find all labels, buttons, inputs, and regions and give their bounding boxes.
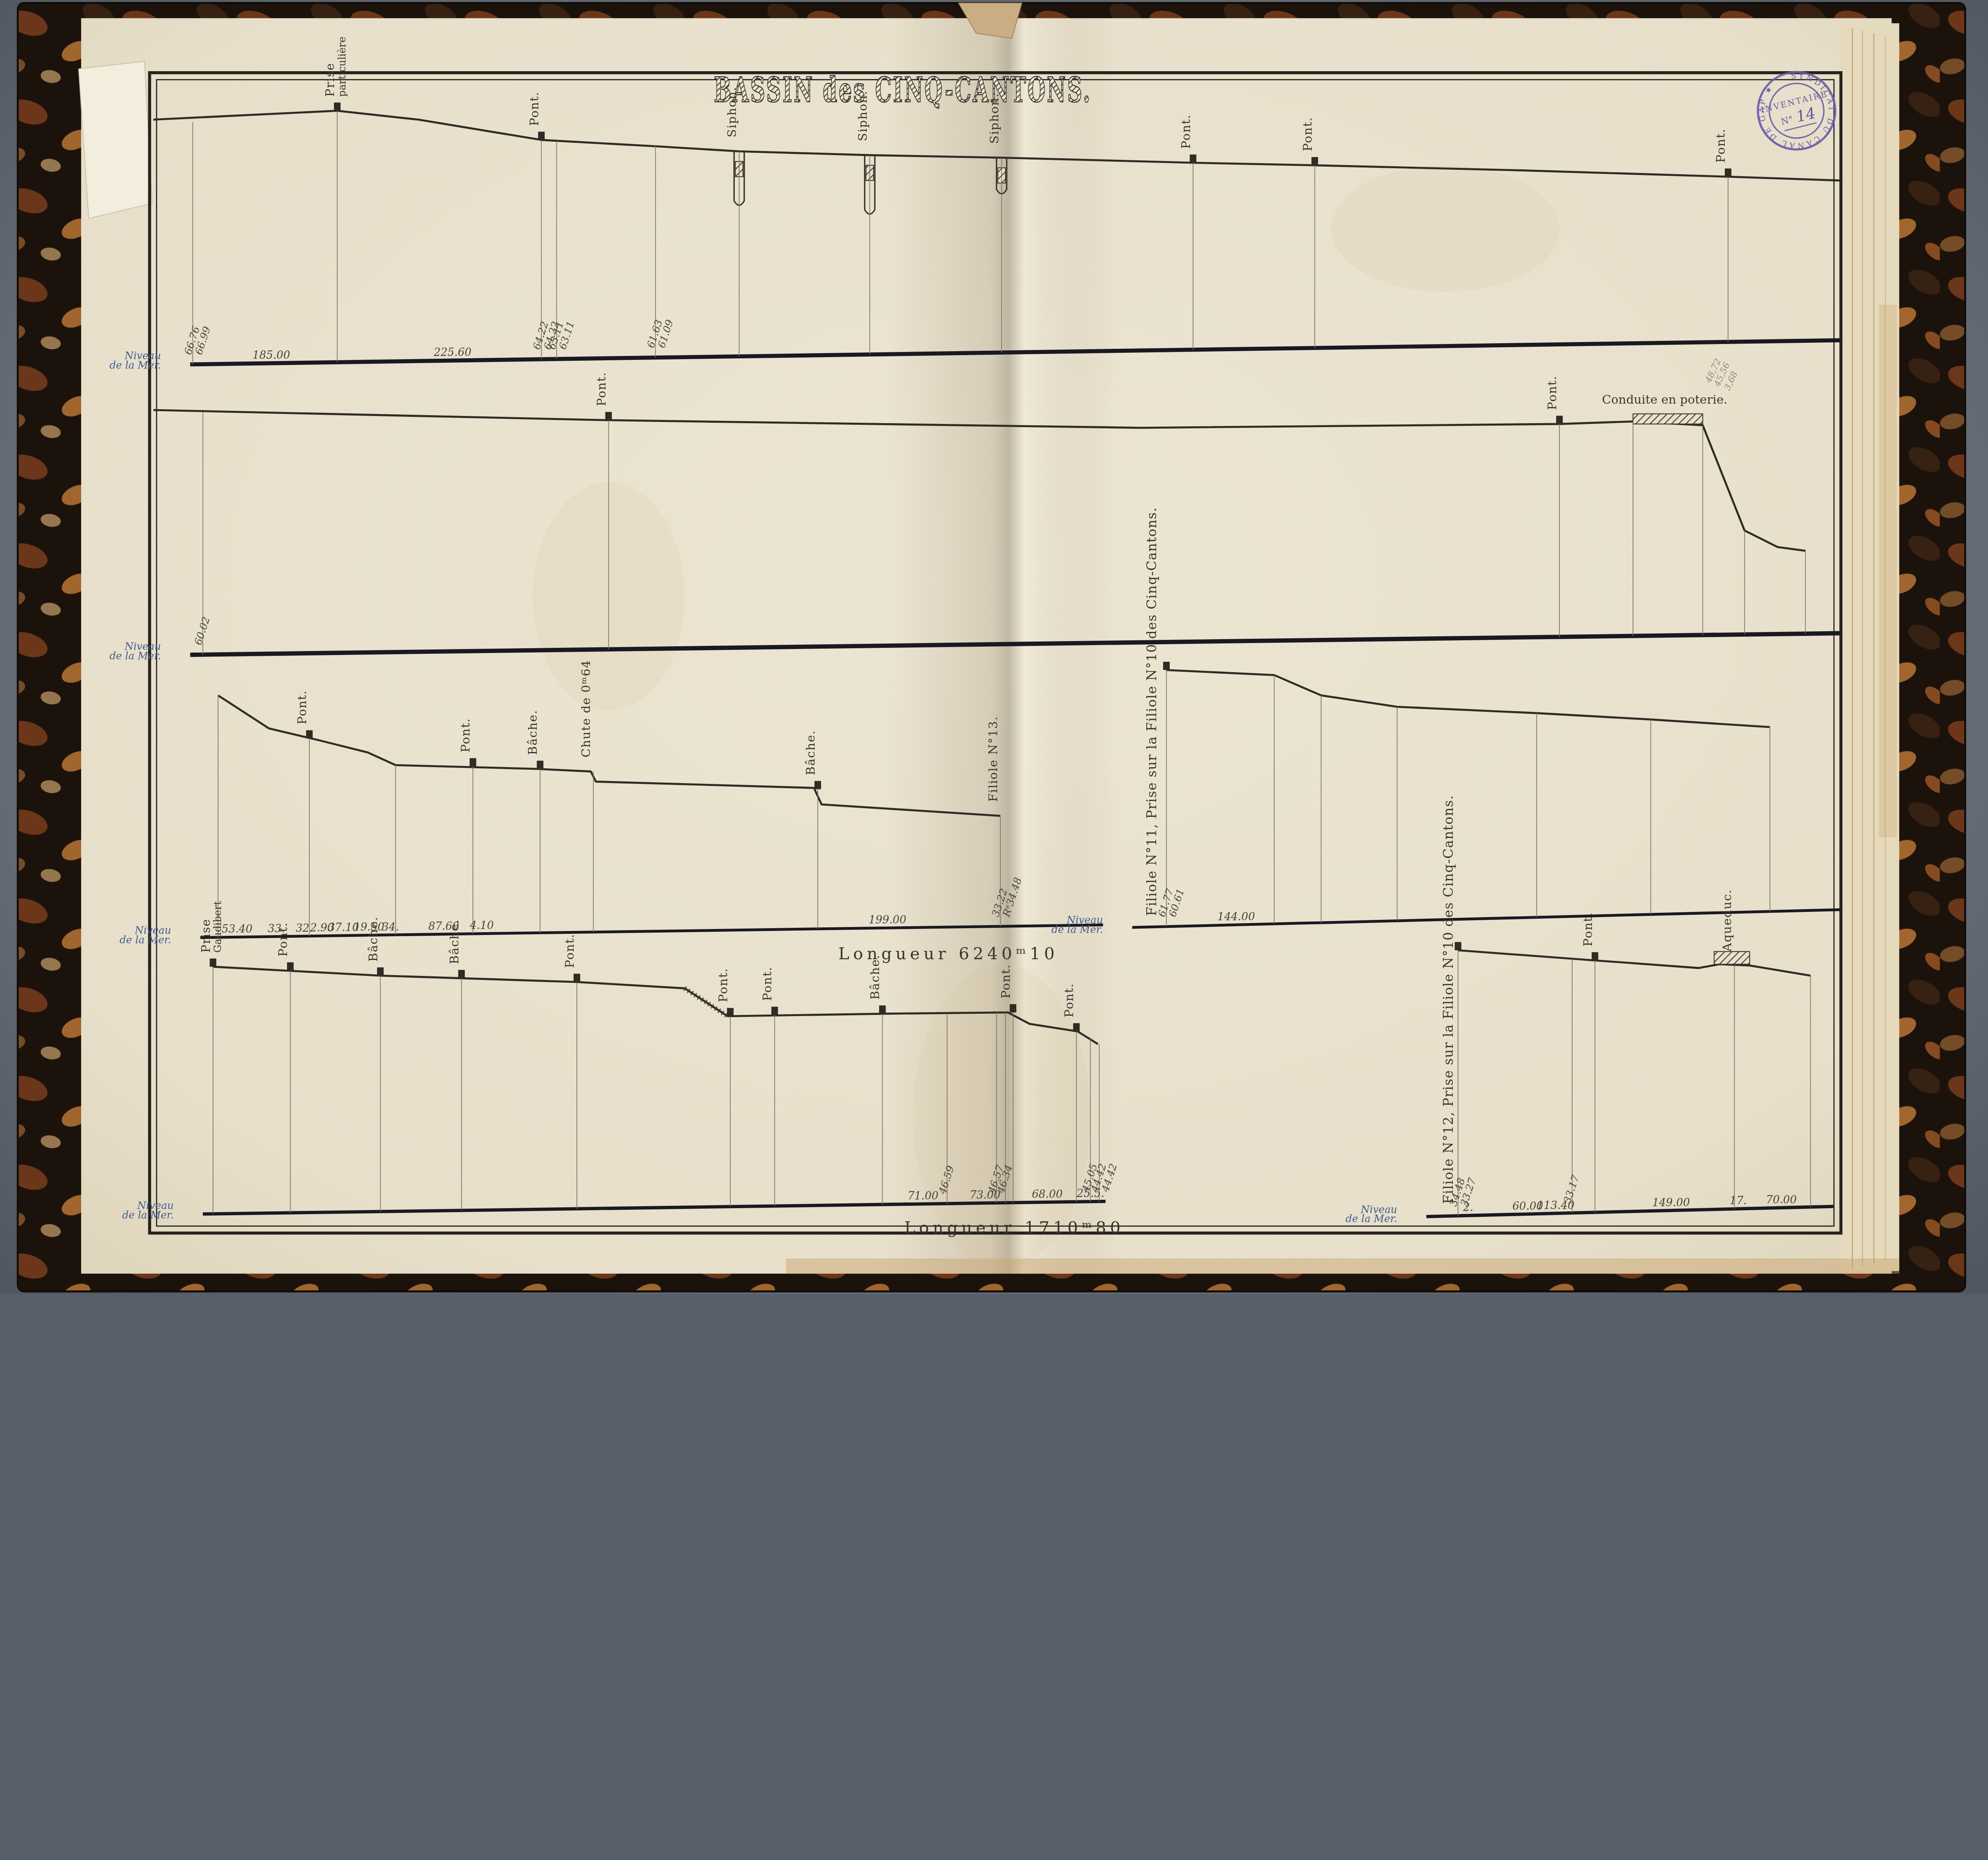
station-label: Pont. — [528, 91, 542, 126]
masonry-hatch — [1714, 952, 1749, 964]
stain — [1331, 165, 1559, 292]
structure-block — [306, 730, 313, 739]
distance-value: 34. — [382, 921, 399, 933]
station-label: Pont. — [595, 372, 609, 406]
station-label-2: particulière — [336, 37, 348, 97]
structure-block — [470, 758, 476, 766]
station-label: Siphon. — [988, 93, 1002, 144]
structure-block — [1725, 169, 1732, 177]
structure-block — [879, 1005, 886, 1014]
station-label: Siphon. — [725, 87, 739, 138]
distance-value: 185.00 — [252, 349, 290, 362]
masonry-hatch — [1633, 414, 1703, 424]
structure-block — [538, 132, 545, 140]
structure-block — [1311, 157, 1318, 165]
distance-value: 71.00 — [908, 1190, 939, 1202]
distance-value: 199.00 — [869, 914, 907, 926]
distance-value: 4.10 — [470, 919, 494, 932]
station-label: Pont. — [1581, 912, 1595, 947]
station-label-2: Gaudibert — [212, 901, 224, 953]
structure-block — [727, 1008, 734, 1016]
structure-block — [1163, 662, 1170, 670]
structure-block — [537, 761, 544, 769]
structure-block — [377, 968, 384, 976]
distance-value: 17. — [1730, 1195, 1747, 1207]
distance-value: 25. — [1076, 1188, 1094, 1200]
structure-block — [458, 970, 465, 978]
structure-block — [1190, 155, 1196, 163]
station-label: Bâche. — [804, 730, 818, 775]
page-stack-edges — [1841, 23, 1899, 1271]
station-label: Prise — [199, 919, 213, 953]
annotation: Filiole N°12, Prise sur la Filiole N°10 … — [1441, 795, 1456, 1204]
structure-block — [771, 1007, 778, 1015]
station-label: Pont. — [716, 968, 730, 1003]
structure-block — [1592, 952, 1598, 960]
station-label: Bâche. — [367, 916, 381, 962]
annotation: Conduite en poterie. — [1602, 393, 1728, 407]
loose-page-corner — [79, 61, 152, 218]
station-label: Pont. — [1714, 128, 1728, 163]
station-label: Pont. — [761, 966, 775, 1001]
scanned-plate: BASSIN des CINQ-CANTONS. 66.7666.99Prise… — [0, 0, 1988, 1294]
annotation: Filiole N°11, Prise sur la Filiole N°10 … — [1144, 507, 1159, 916]
station-label: Chute de 0ᵐ64 — [579, 660, 593, 758]
distance-value: 5. — [1094, 1188, 1105, 1200]
station-label: Pont. — [999, 964, 1013, 999]
station-label: Pont. — [1301, 117, 1315, 152]
station-label: Pont. — [276, 922, 290, 957]
aged-bottom-edge — [786, 1258, 1899, 1273]
distance-value: 149.00 — [1652, 1197, 1690, 1209]
station-label: Pont. — [1062, 983, 1076, 1018]
distance-value: 70.00 — [1766, 1194, 1797, 1206]
plate-canvas: BASSIN des CINQ-CANTONS. 66.7666.99Prise… — [0, 0, 1988, 1294]
structure-block — [574, 974, 580, 982]
distance-value: 68.00 — [1032, 1188, 1063, 1201]
station-label: Pont. — [295, 690, 309, 725]
atlas-book — [18, 3, 1965, 1291]
distance-value: 73.00 — [970, 1189, 1001, 1201]
station-label: Pont. — [1179, 114, 1193, 149]
station-label: Pont. — [459, 718, 473, 752]
distance-value: 225.60 — [433, 346, 472, 359]
station-label: Bâche. — [868, 954, 882, 1000]
distance-value: 2. — [1463, 1201, 1474, 1214]
station-label: Siphon. — [856, 90, 870, 141]
structure-block — [1556, 416, 1563, 424]
station-label: Pont. — [563, 933, 577, 968]
plate-title: BASSIN des CINQ-CANTONS. — [714, 70, 1091, 110]
structure-block — [1010, 1004, 1017, 1013]
length-annotation: Longueur 1710ᵐ80 — [904, 1218, 1124, 1237]
structure-block — [605, 412, 612, 420]
station-label: Filiole N°13. — [986, 716, 1000, 802]
structure-block — [814, 781, 821, 789]
station-label: Pont. — [1545, 375, 1559, 410]
station-label: Bâche. — [448, 919, 462, 964]
distance-value: 113.40 — [1537, 1199, 1574, 1212]
structure-block — [287, 962, 294, 971]
structure-block — [210, 958, 216, 967]
station-label: Aqueduc. — [1720, 889, 1734, 952]
structure-block — [1073, 1023, 1080, 1032]
structure-block — [334, 103, 341, 111]
station-label: Bâche. — [526, 709, 540, 755]
distance-value: 144.00 — [1217, 911, 1255, 923]
station-label: Prise — [323, 62, 337, 97]
distance-value: 53.40 — [222, 923, 253, 935]
